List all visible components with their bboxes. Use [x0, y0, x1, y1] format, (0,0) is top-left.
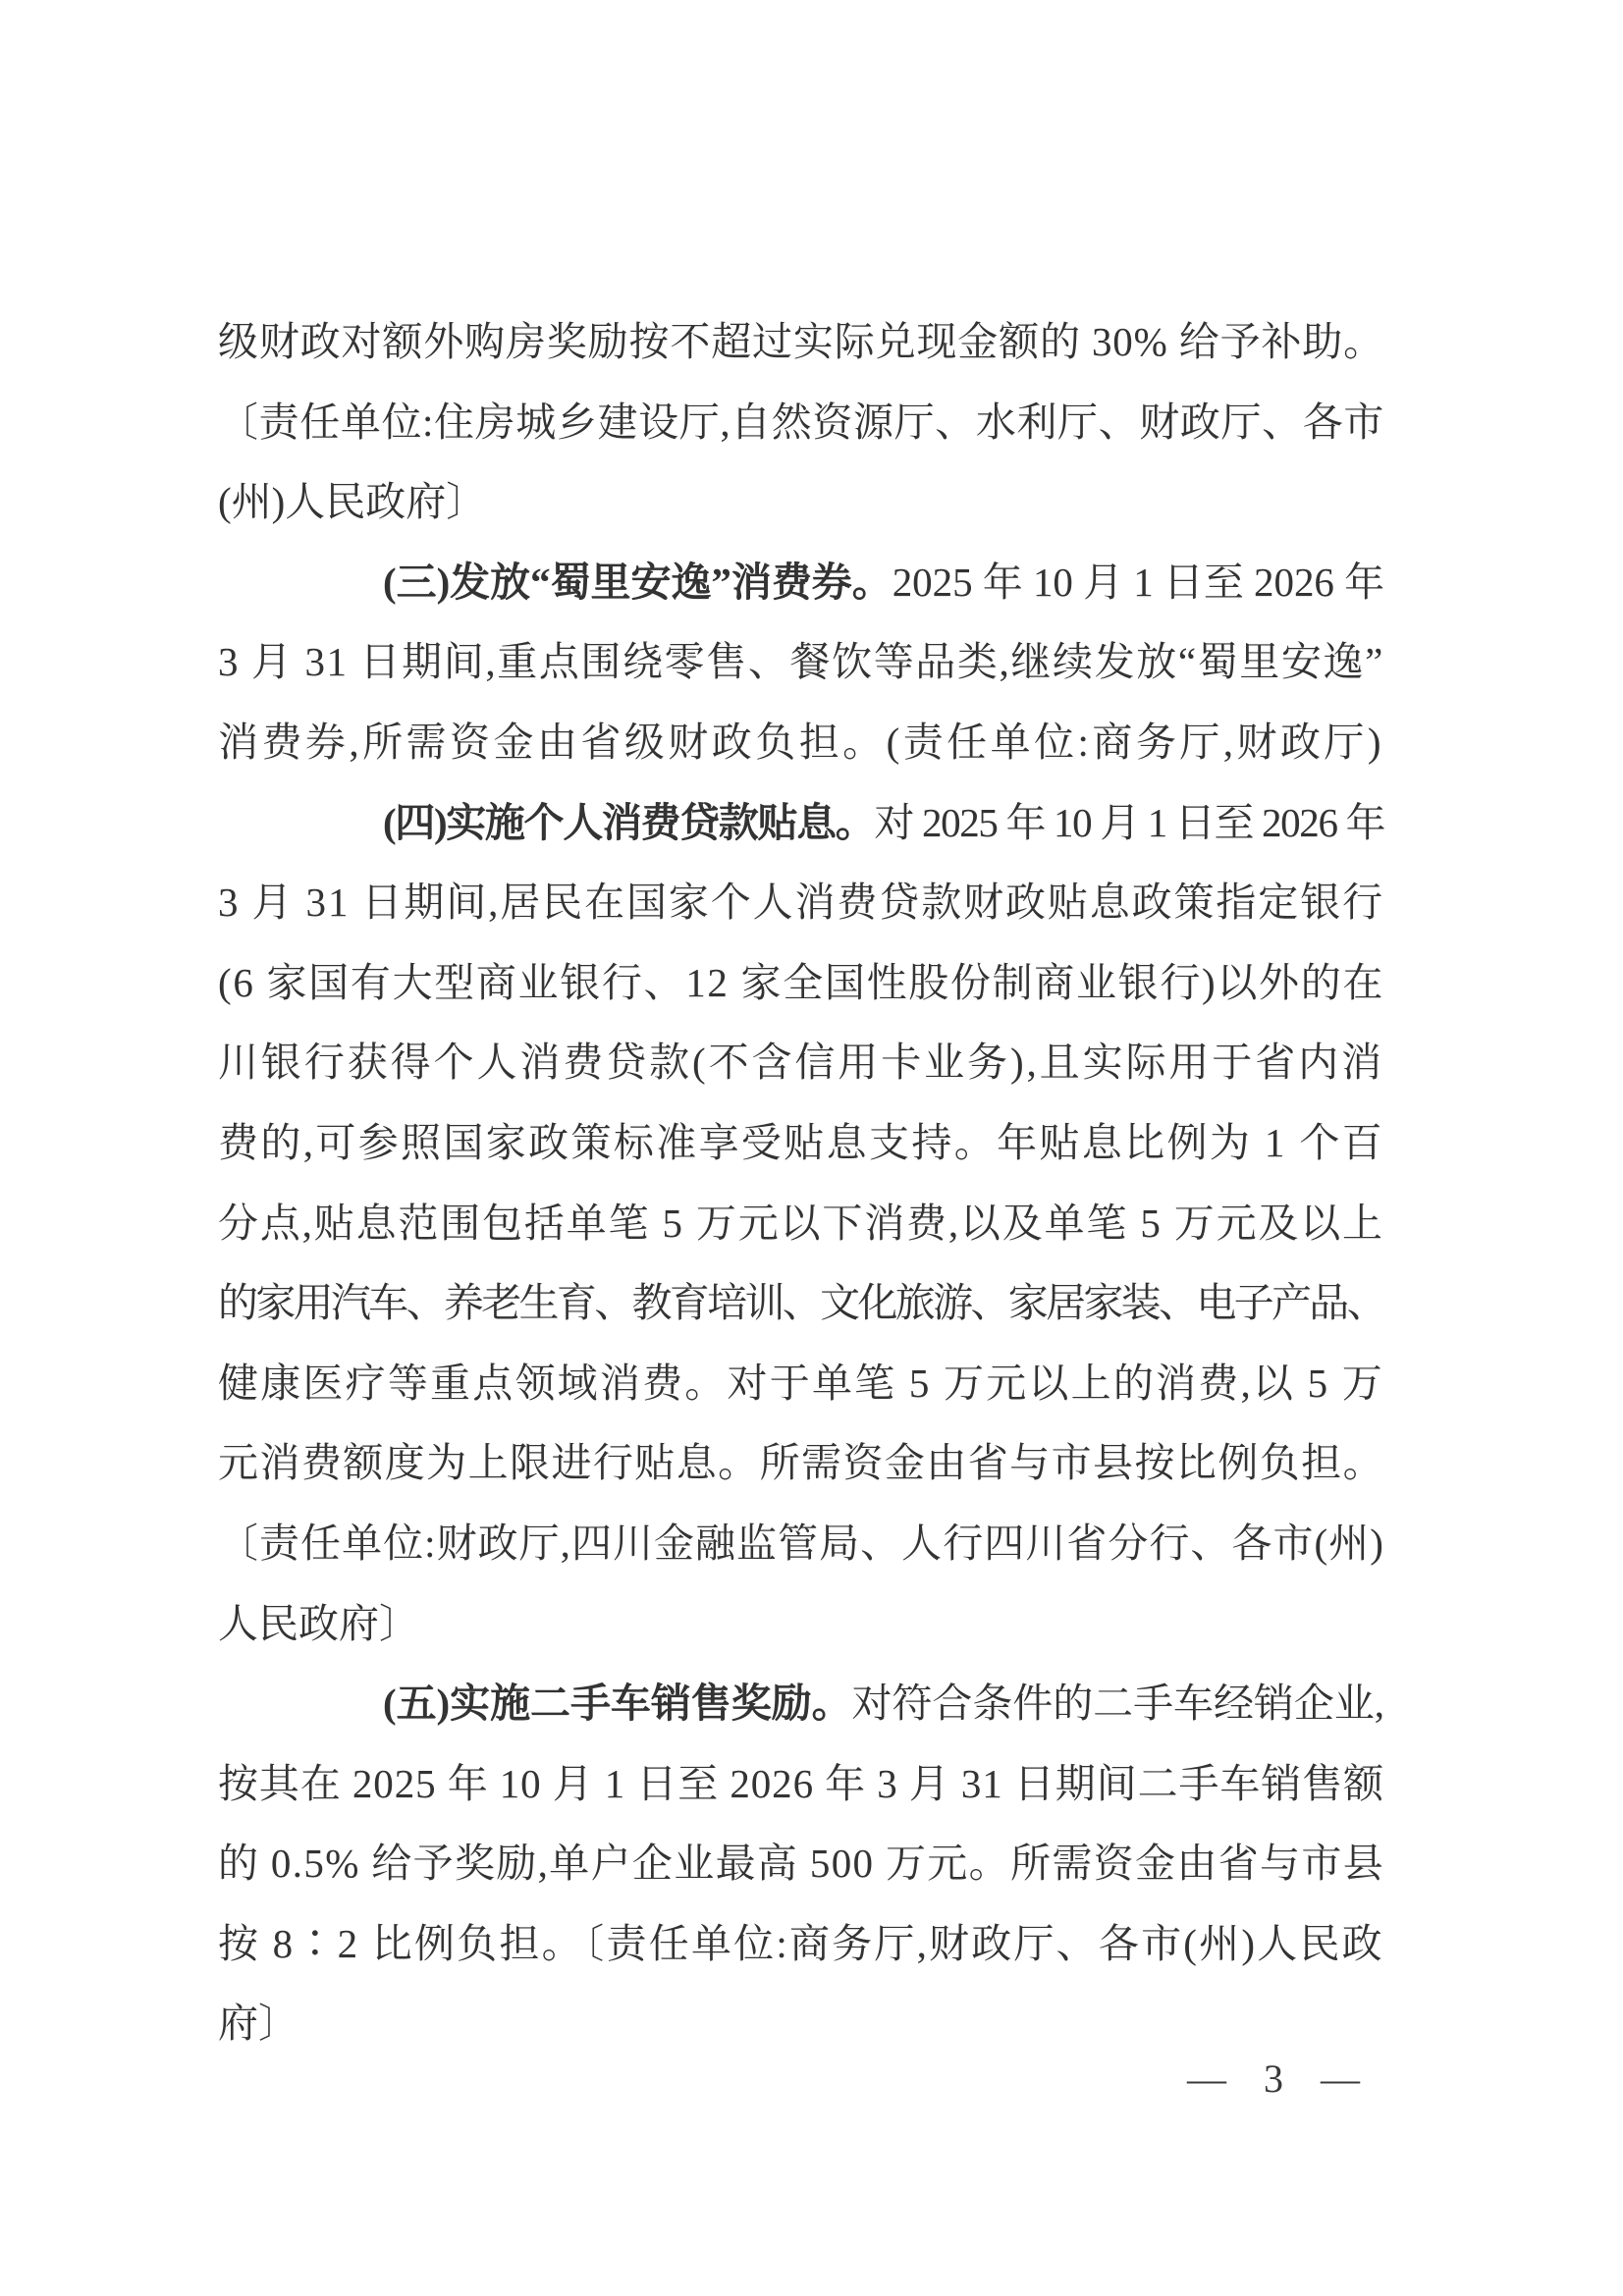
text-line: 按其在 2025 年 10 月 1 日至 2026 年 3 月 31 日期间二手…	[218, 1744, 1384, 1825]
line-text: 府〕	[218, 1984, 298, 2064]
line-text: (五)实施二手车销售奖励。对符合条件的二手车经销企业,	[300, 1664, 1384, 1744]
line-text: 3 月 31 日期间,重点围绕零售、餐饮等品类,继续发放“蜀里安逸”	[218, 622, 1384, 703]
paragraph-heading: (四)实施个人消费贷款贴息。	[383, 800, 874, 845]
line-text: 级财政对额外购房奖励按不超过实际兑现金额的 30% 给予补助。	[218, 302, 1384, 383]
line-text: 消费券,所需资金由省级财政负担。(责任单位:商务厅,财政厅)	[218, 703, 1384, 783]
paragraph-heading: (三)发放“蜀里安逸”消费券。	[383, 560, 893, 605]
line-text: (州)人民政府〕	[218, 462, 486, 543]
line-text: 的家用汽车、养老生育、教育培训、文化旅游、家居家装、电子产品、	[218, 1263, 1384, 1344]
text-line: (五)实施二手车销售奖励。对符合条件的二手车经销企业,	[218, 1664, 1384, 1744]
text-line: 的家用汽车、养老生育、教育培训、文化旅游、家居家装、电子产品、	[218, 1263, 1384, 1344]
text-line: 级财政对额外购房奖励按不超过实际兑现金额的 30% 给予补助。	[218, 302, 1384, 383]
text-line: 川银行获得个人消费贷款(不含信用卡业务),且实际用于省内消	[218, 1023, 1384, 1103]
text-line: (6 家国有大型商业银行、12 家全国性股份制商业银行)以外的在	[218, 943, 1384, 1024]
text-line: 元消费额度为上限进行贴息。所需资金由省与市县按比例负担。	[218, 1423, 1384, 1504]
document-body: 级财政对额外购房奖励按不超过实际兑现金额的 30% 给予补助。〔责任单位:住房城…	[218, 302, 1384, 2064]
text-line: 消费券,所需资金由省级财政负担。(责任单位:商务厅,财政厅)	[218, 703, 1384, 783]
line-text: 元消费额度为上限进行贴息。所需资金由省与市县按比例负担。	[218, 1423, 1384, 1504]
text-line: 〔责任单位:财政厅,四川金融监管局、人行四川省分行、各市(州)	[218, 1504, 1384, 1584]
text-line: 3 月 31 日期间,重点围绕零售、餐饮等品类,继续发放“蜀里安逸”	[218, 622, 1384, 703]
line-text: (四)实施个人消费贷款贴息。对 2025 年 10 月 1 日至 2026 年	[300, 783, 1384, 864]
text-line: 的 0.5% 给予奖励,单户企业最高 500 万元。所需资金由省与市县	[218, 1824, 1384, 1904]
line-text: 川银行获得个人消费贷款(不含信用卡业务),且实际用于省内消	[218, 1023, 1384, 1103]
line-text: 人民政府〕	[218, 1584, 419, 1665]
line-text: 健康医疗等重点领域消费。对于单笔 5 万元以上的消费,以 5 万	[218, 1344, 1384, 1424]
document-page: 级财政对额外购房奖励按不超过实际兑现金额的 30% 给予补助。〔责任单位:住房城…	[0, 0, 1623, 2296]
line-text: 3 月 31 日期间,居民在国家个人消费贷款财政贴息政策指定银行	[218, 863, 1384, 943]
line-text: 〔责任单位:财政厅,四川金融监管局、人行四川省分行、各市(州)	[218, 1504, 1384, 1584]
text-line: 分点,贴息范围包括单笔 5 万元以下消费,以及单笔 5 万元及以上	[218, 1184, 1384, 1264]
text-line: 3 月 31 日期间,居民在国家个人消费贷款财政贴息政策指定银行	[218, 863, 1384, 943]
page-number: — 3 —	[1187, 2056, 1370, 2102]
paragraph-heading: (五)实施二手车销售奖励。	[383, 1681, 852, 1726]
line-text: (三)发放“蜀里安逸”消费券。2025 年 10 月 1 日至 2026 年	[300, 543, 1384, 623]
text-line: (四)实施个人消费贷款贴息。对 2025 年 10 月 1 日至 2026 年	[218, 783, 1384, 864]
line-text: 分点,贴息范围包括单笔 5 万元以下消费,以及单笔 5 万元及以上	[218, 1184, 1384, 1264]
text-line: 健康医疗等重点领域消费。对于单笔 5 万元以上的消费,以 5 万	[218, 1344, 1384, 1424]
line-text: 按 8∶2 比例负担。〔责任单位:商务厅,财政厅、各市(州)人民政	[218, 1904, 1384, 1985]
text-line: 费的,可参照国家政策标准享受贴息支持。年贴息比例为 1 个百	[218, 1103, 1384, 1184]
text-line: 人民政府〕	[218, 1584, 1384, 1665]
text-line: (三)发放“蜀里安逸”消费券。2025 年 10 月 1 日至 2026 年	[218, 543, 1384, 623]
line-text: 费的,可参照国家政策标准享受贴息支持。年贴息比例为 1 个百	[218, 1103, 1384, 1184]
text-line: 府〕	[218, 1984, 1384, 2064]
text-line: 按 8∶2 比例负担。〔责任单位:商务厅,财政厅、各市(州)人民政	[218, 1904, 1384, 1985]
line-text: 按其在 2025 年 10 月 1 日至 2026 年 3 月 31 日期间二手…	[218, 1744, 1384, 1825]
line-text: 的 0.5% 给予奖励,单户企业最高 500 万元。所需资金由省与市县	[218, 1824, 1384, 1904]
line-text: 〔责任单位:住房城乡建设厅,自然资源厅、水利厅、财政厅、各市	[218, 383, 1384, 463]
text-line: 〔责任单位:住房城乡建设厅,自然资源厅、水利厅、财政厅、各市	[218, 383, 1384, 463]
line-text: (6 家国有大型商业银行、12 家全国性股份制商业银行)以外的在	[218, 943, 1384, 1024]
text-line: (州)人民政府〕	[218, 462, 1384, 543]
